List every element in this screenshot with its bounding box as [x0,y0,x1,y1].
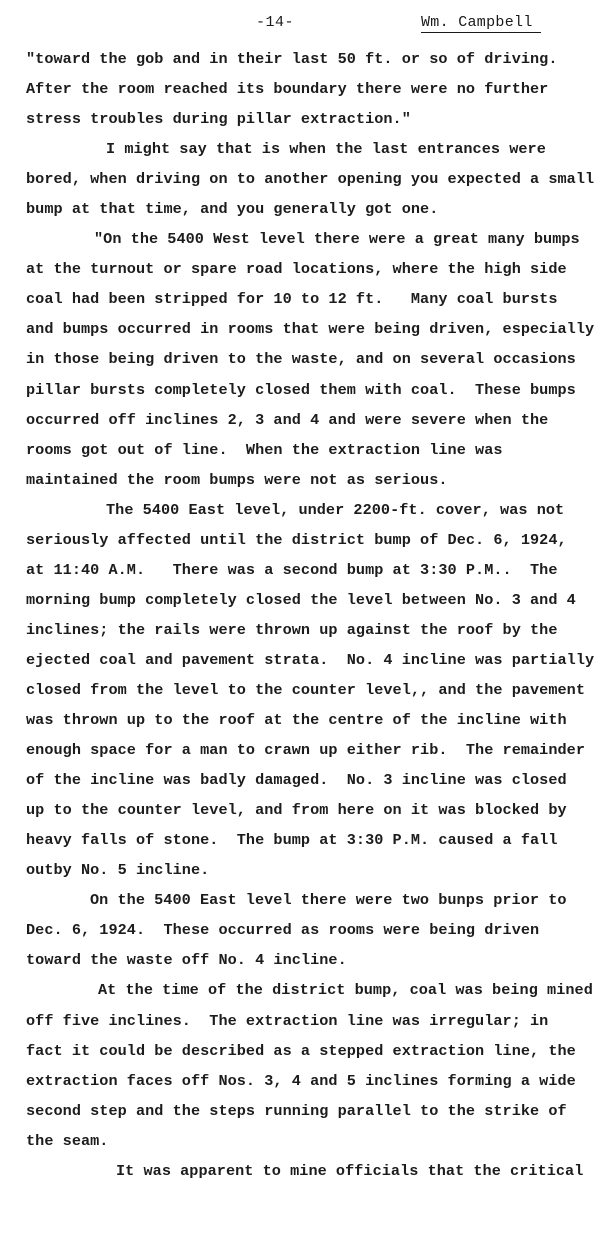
text-line: outby No. 5 incline. [26,855,596,885]
text-line: at 11:40 A.M. There was a second bump at… [26,555,596,585]
text-line: inclines; the rails were thrown up again… [26,615,596,645]
text-line: in those being driven to the waste, and … [26,344,596,374]
text-line: toward the waste off No. 4 incline. [26,945,596,975]
text-line: the seam. [26,1126,596,1156]
text-line: maintained the room bumps were not as se… [26,465,596,495]
text-line: of the incline was badly damaged. No. 3 … [26,765,596,795]
text-line: closed from the level to the counter lev… [26,675,596,705]
text-line: "toward the gob and in their last 50 ft.… [26,44,596,74]
paragraph: "toward the gob and in their last 50 ft.… [26,44,596,134]
text-line: ejected coal and pavement strata. No. 4 … [26,645,596,675]
paragraph: The 5400 East level, under 2200-ft. cove… [26,495,596,886]
text-line: off five inclines. The extraction line w… [26,1006,596,1036]
paragraph: I might say that is when the last entran… [26,134,596,224]
text-line: bored, when driving on to another openin… [26,164,596,194]
text-line: seriously affected until the district bu… [26,525,596,555]
text-line: and bumps occurred in rooms that were be… [26,314,596,344]
text-line: Dec. 6, 1924. These occurred as rooms we… [26,915,596,945]
text-line: morning bump completely closed the level… [26,585,596,615]
text-line: coal had been stripped for 10 to 12 ft. … [26,284,596,314]
text-line: pillar bursts completely closed them wit… [26,375,596,405]
page-header: -14- Wm. Campbell [0,14,600,36]
text-line: The 5400 East level, under 2200-ft. cove… [26,495,596,525]
text-line: At the time of the district bump, coal w… [26,975,596,1005]
text-line: bump at that time, and you generally got… [26,194,596,224]
paragraph: At the time of the district bump, coal w… [26,975,596,1155]
text-line: up to the counter level, and from here o… [26,795,596,825]
text-line: stress troubles during pillar extraction… [26,104,596,134]
text-line: occurred off inclines 2, 3 and 4 and wer… [26,405,596,435]
text-line: On the 5400 East level there were two bu… [26,885,596,915]
text-line: I might say that is when the last entran… [26,134,596,164]
text-line: enough space for a man to crawn up eithe… [26,735,596,765]
text-line: at the turnout or spare road locations, … [26,254,596,284]
text-line: was thrown up to the roof at the centre … [26,705,596,735]
paragraph: It was apparent to mine officials that t… [26,1156,596,1186]
text-line: heavy falls of stone. The bump at 3:30 P… [26,825,596,855]
paragraph: "On the 5400 West level there were a gre… [26,224,596,494]
page-number: -14- [256,14,294,31]
document-page: -14- Wm. Campbell "toward the gob and in… [0,0,600,1236]
text-line: second step and the steps running parall… [26,1096,596,1126]
text-line: extraction faces off Nos. 3, 4 and 5 inc… [26,1066,596,1096]
body-text: "toward the gob and in their last 50 ft.… [26,44,596,1186]
author-name: Wm. Campbell [421,14,541,33]
text-line: After the room reached its boundary ther… [26,74,596,104]
text-line: It was apparent to mine officials that t… [26,1156,596,1186]
text-line: rooms got out of line. When the extracti… [26,435,596,465]
text-line: "On the 5400 West level there were a gre… [26,224,596,254]
paragraph: On the 5400 East level there were two bu… [26,885,596,975]
text-line: fact it could be described as a stepped … [26,1036,596,1066]
